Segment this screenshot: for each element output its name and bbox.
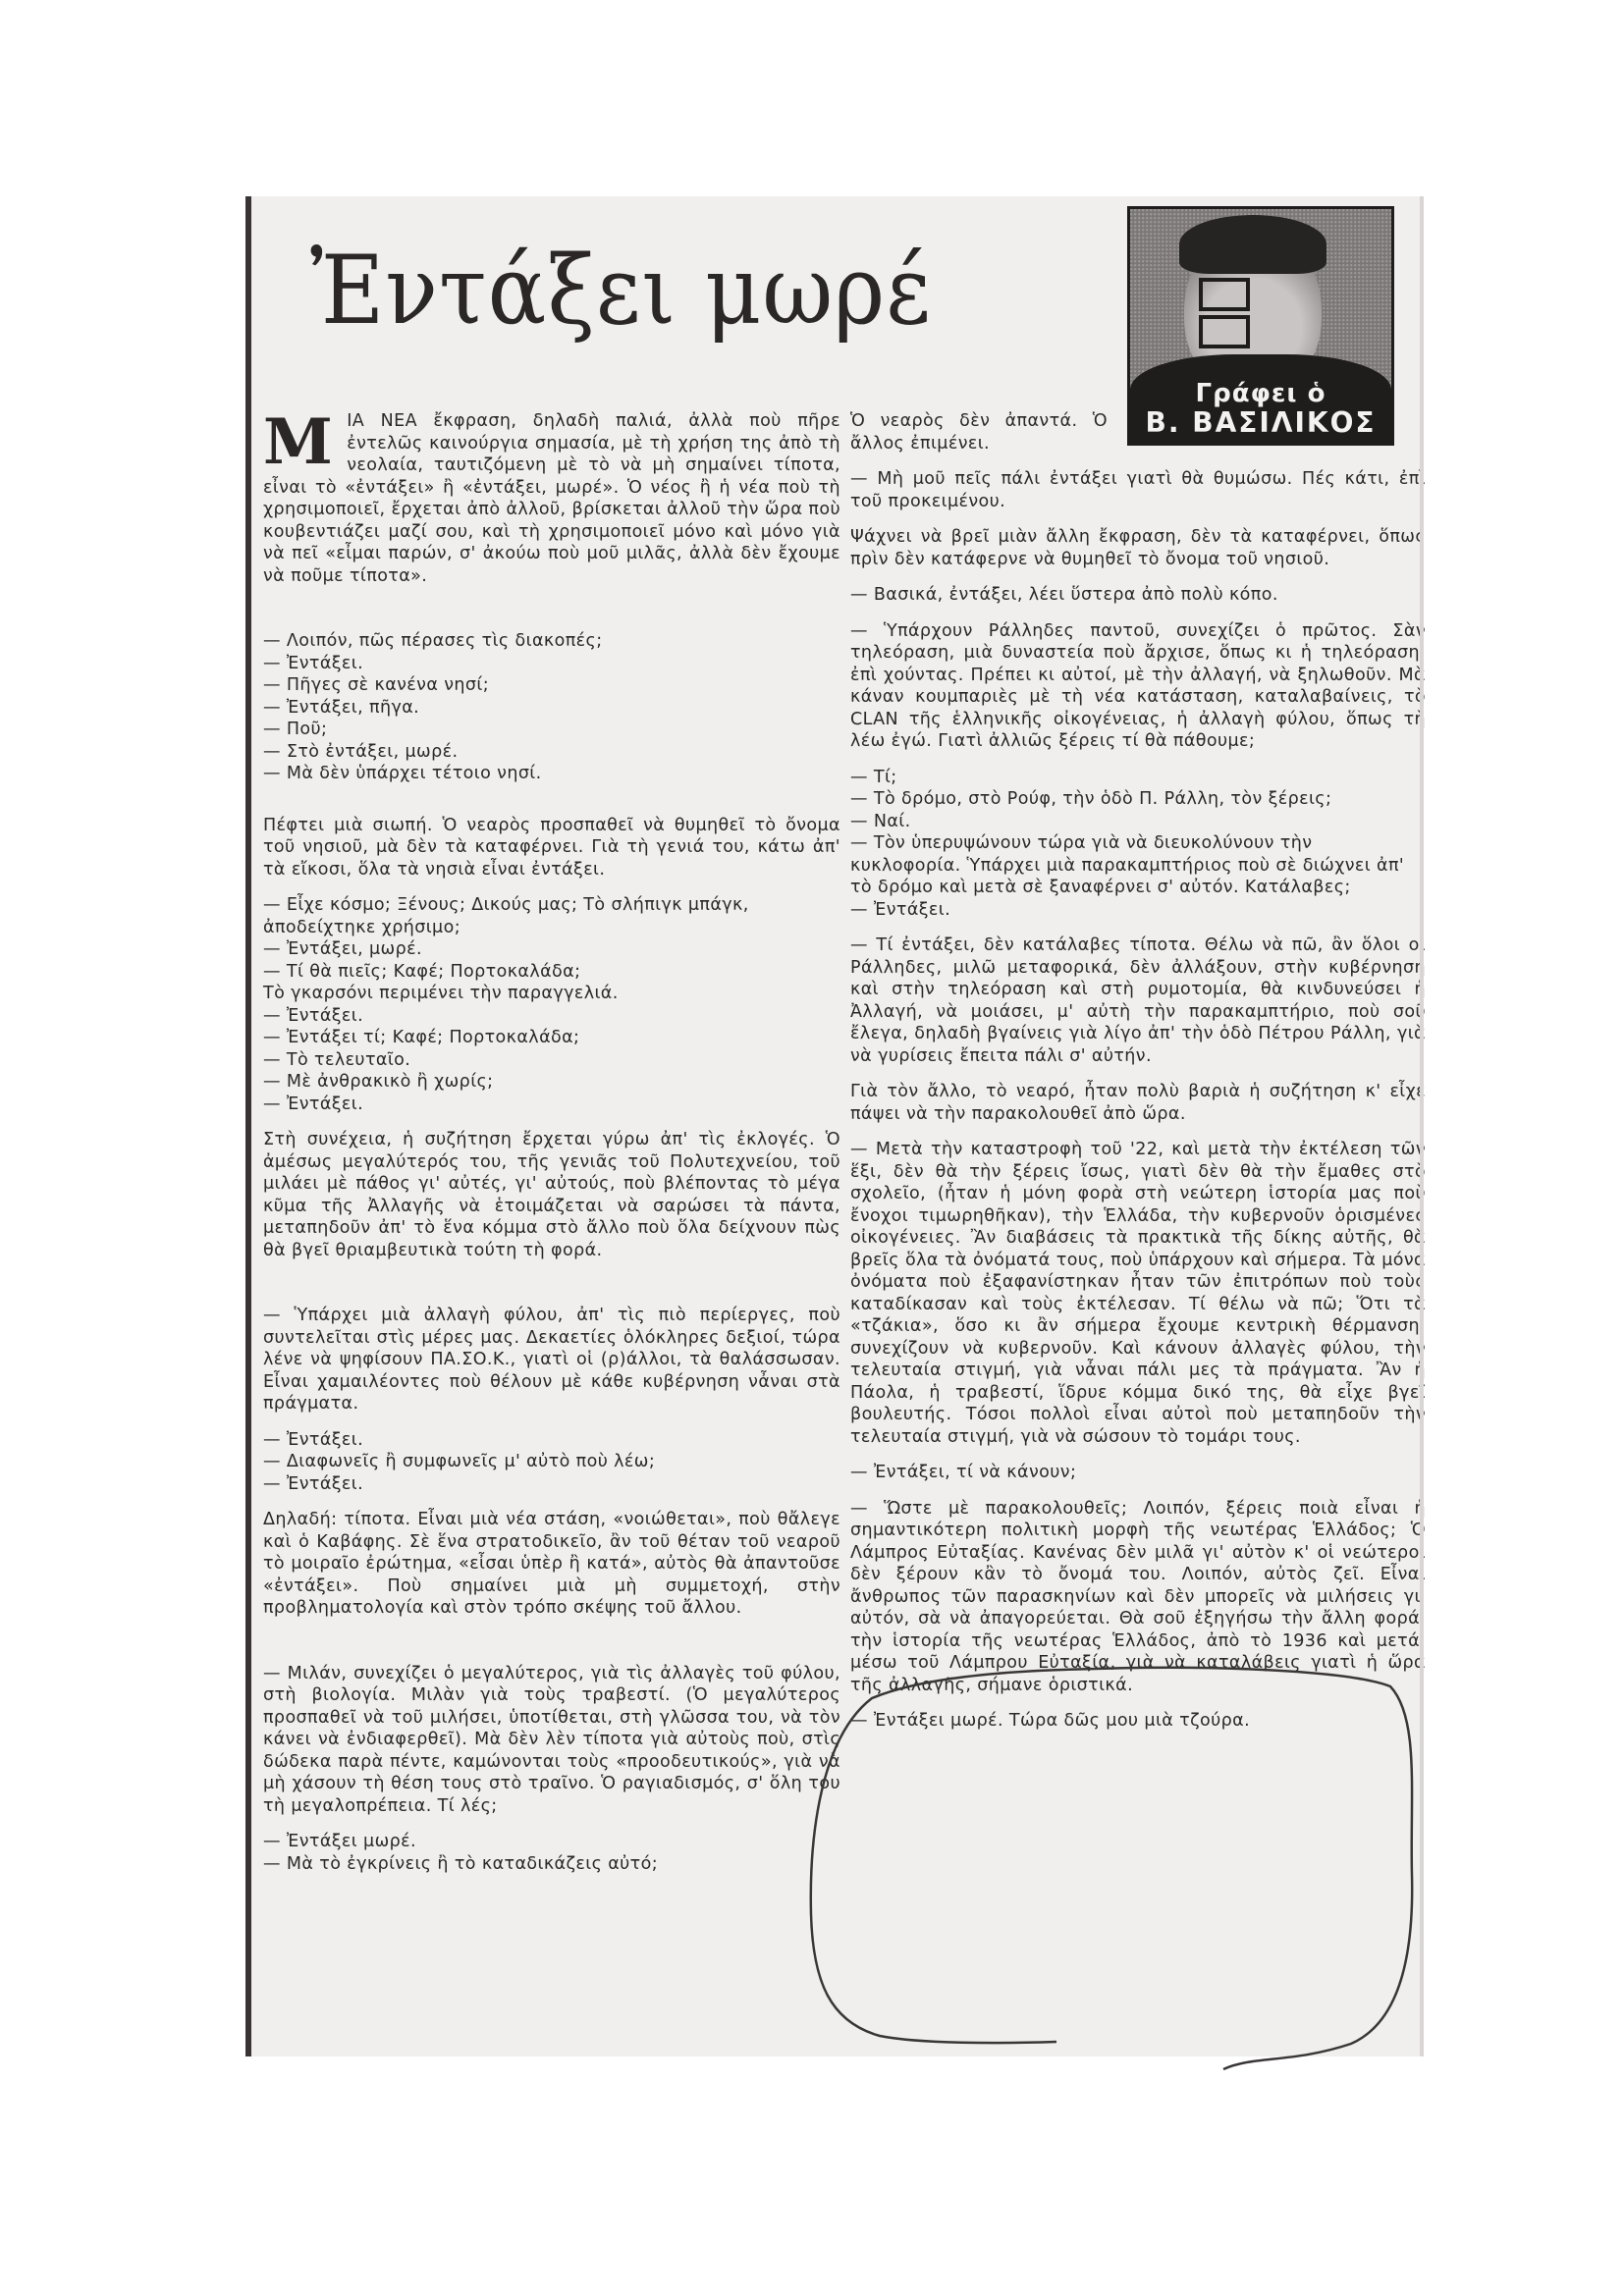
dialogue-line: — Μὰ τὸ ἐγκρίνεις ἢ τὸ καταδικάζεις αὐτό… [263, 1853, 840, 1876]
dialogue-line: — Μὲ ἀνθρακικὸ ἢ χωρίς; [263, 1071, 840, 1094]
byline-line-1: Γράφει ὁ [1130, 381, 1391, 407]
dialogue-block: — Τί; — Τὸ δρόμο, στὸ Ρούφ, τὴν ὁδὸ Π. Ρ… [850, 767, 1426, 922]
dialogue-line: — Στὸ ἐντάξει, μωρέ. [263, 741, 840, 764]
paragraph: Δηλαδή: τίποτα. Εἶναι μιὰ νέα στάση, «νο… [263, 1509, 840, 1620]
paragraph: — Μιλάν, συνεχίζει ὁ μεγαλύτερος, γιὰ τὶ… [263, 1663, 840, 1818]
glasses-icon [1199, 278, 1307, 307]
dialogue-line: — Ἐντάξει. [850, 899, 1426, 922]
dialogue-block: — Λοιπόν, πῶς πέρασες τὶς διακοπές; — Ἐν… [263, 630, 840, 785]
paragraph: — Μετὰ τὴν καταστροφὴ τοῦ '22, καὶ μετὰ … [850, 1139, 1426, 1448]
dialogue-line: — Ἐντάξει, πῆγα. [263, 697, 840, 720]
paragraph: Ὁ νεαρὸς δὲν ἀπαντά. Ὁ ἄλλος ἐπιμένει. [850, 410, 1108, 454]
dialogue-line: — Ἐντάξει. [263, 1094, 840, 1116]
dialogue-line: Τὸ γκαρσόνι περιμένει τὴν παραγγελιά. [263, 983, 840, 1005]
dialogue-line: — Ἐντάξει. [263, 1429, 840, 1452]
column-right: Ὁ νεαρὸς δὲν ἀπαντά. Ὁ ἄλλος ἐπιμένει. —… [850, 410, 1426, 1746]
dialogue-line: — Πῆγες σὲ κανένα νησί; [263, 674, 840, 697]
column-left: ΜΙΑ ΝΕΑ ἔκφραση, δηλαδὴ παλιά, ἀλλὰ ποὺ … [263, 410, 840, 1875]
dialogue-block: — Ἐντάξει. — Διαφωνεῖς ἢ συμφωνεῖς μ' αὐ… [263, 1429, 840, 1496]
dialogue-line: — Ἐντάξει, μωρέ. [263, 938, 840, 961]
dialogue-line: — Εἶχε κόσμο; Ξένους; Δικούς μας; Τὸ σλή… [263, 894, 840, 938]
paragraph: Πέφτει μιὰ σιωπή. Ὁ νεαρὸς προσπαθεῖ νὰ … [263, 815, 840, 881]
dialogue-line: — Ποῦ; [263, 719, 840, 741]
dialogue-line: — Ἐντάξει. [263, 1473, 840, 1496]
paragraph: Στὴ συνέχεια, ἡ συζήτηση ἔρχεται γύρω ἀπ… [263, 1129, 840, 1261]
dialogue-block: — Εἶχε κόσμο; Ξένους; Δικούς μας; Τὸ σλή… [263, 894, 840, 1115]
dialogue-line: — Τὸν ὑπερυψώνουν τώρα γιὰ νὰ διευκολύνο… [850, 832, 1426, 899]
dialogue-line: — Τὸ δρόμο, στὸ Ρούφ, τὴν ὁδὸ Π. Ράλλη, … [850, 788, 1426, 811]
dialogue-line: — Μὰ δὲν ὑπάρχει τέτοιο νησί. [263, 763, 840, 785]
paragraph: — Τί ἐντάξει, δὲν κατάλαβες τίποτα. Θέλω… [850, 934, 1426, 1067]
dialogue-block: — Ἐντάξει, τί νὰ κάνουν; [850, 1462, 1426, 1484]
paragraph: Ψάχνει νὰ βρεῖ μιὰν ἄλλη ἔκφραση, δὲν τὰ… [850, 526, 1426, 570]
dialogue-block: — Ἐντάξει μωρέ. — Μὰ τὸ ἐγκρίνεις ἢ τὸ κ… [263, 1831, 840, 1875]
dialogue-line: — Ἐντάξει. [263, 1005, 840, 1028]
intro-paragraph: ΜΙΑ ΝΕΑ ἔκφραση, δηλαδὴ παλιά, ἀλλὰ ποὺ … [263, 410, 840, 587]
paragraph: — Βασικά, ἐντάξει, λέει ὕστερα ἀπὸ πολὺ … [850, 584, 1426, 607]
portrait-hair [1179, 215, 1326, 274]
dialogue-line: — Τί; [850, 767, 1426, 789]
dialogue-line: — Διαφωνεῖς ἢ συμφωνεῖς μ' αὐτὸ ποὺ λέω; [263, 1451, 840, 1473]
headline: Ἐντάξει μωρέ [310, 236, 932, 346]
dialogue-line: — Ἐντάξει τί; Καφέ; Πορτοκαλάδα; [263, 1027, 840, 1049]
dialogue-line: — Ναί. [850, 811, 1426, 833]
dialogue-line: — Ἐντάξει μωρέ. [263, 1831, 840, 1853]
closing-line: — Ἐντάξει μωρέ. Τώρα δῶς μου μιὰ τζούρα. [850, 1710, 1426, 1733]
drop-cap: Μ [263, 414, 333, 471]
paragraph: Γιὰ τὸν ἄλλο, τὸ νεαρό, ἦταν πολὺ βαριὰ … [850, 1081, 1426, 1125]
dialogue-line: — Τί θὰ πιεῖς; Καφέ; Πορτοκαλάδα; [263, 961, 840, 984]
newspaper-clipping: Ἐντάξει μωρέ Γράφει ὁ Β. ΒΑΣΙΛΙΚΟΣ ΜΙΑ Ν… [245, 196, 1424, 2056]
paragraph: — Ὥστε μὲ παρακολουθεῖς; Λοιπόν, ξέρεις … [850, 1498, 1426, 1697]
dialogue-line: — Ἐντάξει, τί νὰ κάνουν; [850, 1462, 1426, 1484]
dialogue-line: — Τὸ τελευταῖο. [263, 1049, 840, 1072]
paragraph: — Ὑπάρχουν Ράλληδες παντοῦ, συνεχίζει ὁ … [850, 620, 1426, 753]
dialogue-line: — Λοιπόν, πῶς πέρασες τὶς διακοπές; [263, 630, 840, 653]
dialogue-line: — Ἐντάξει. [263, 653, 840, 675]
paragraph: — Ὑπάρχει μιὰ ἀλλαγὴ φύλου, ἀπ' τὶς πιὸ … [263, 1305, 840, 1415]
paragraph: — Μὴ μοῦ πεῖς πάλι ἐντάξει γιατὶ θὰ θυμώ… [850, 468, 1426, 512]
